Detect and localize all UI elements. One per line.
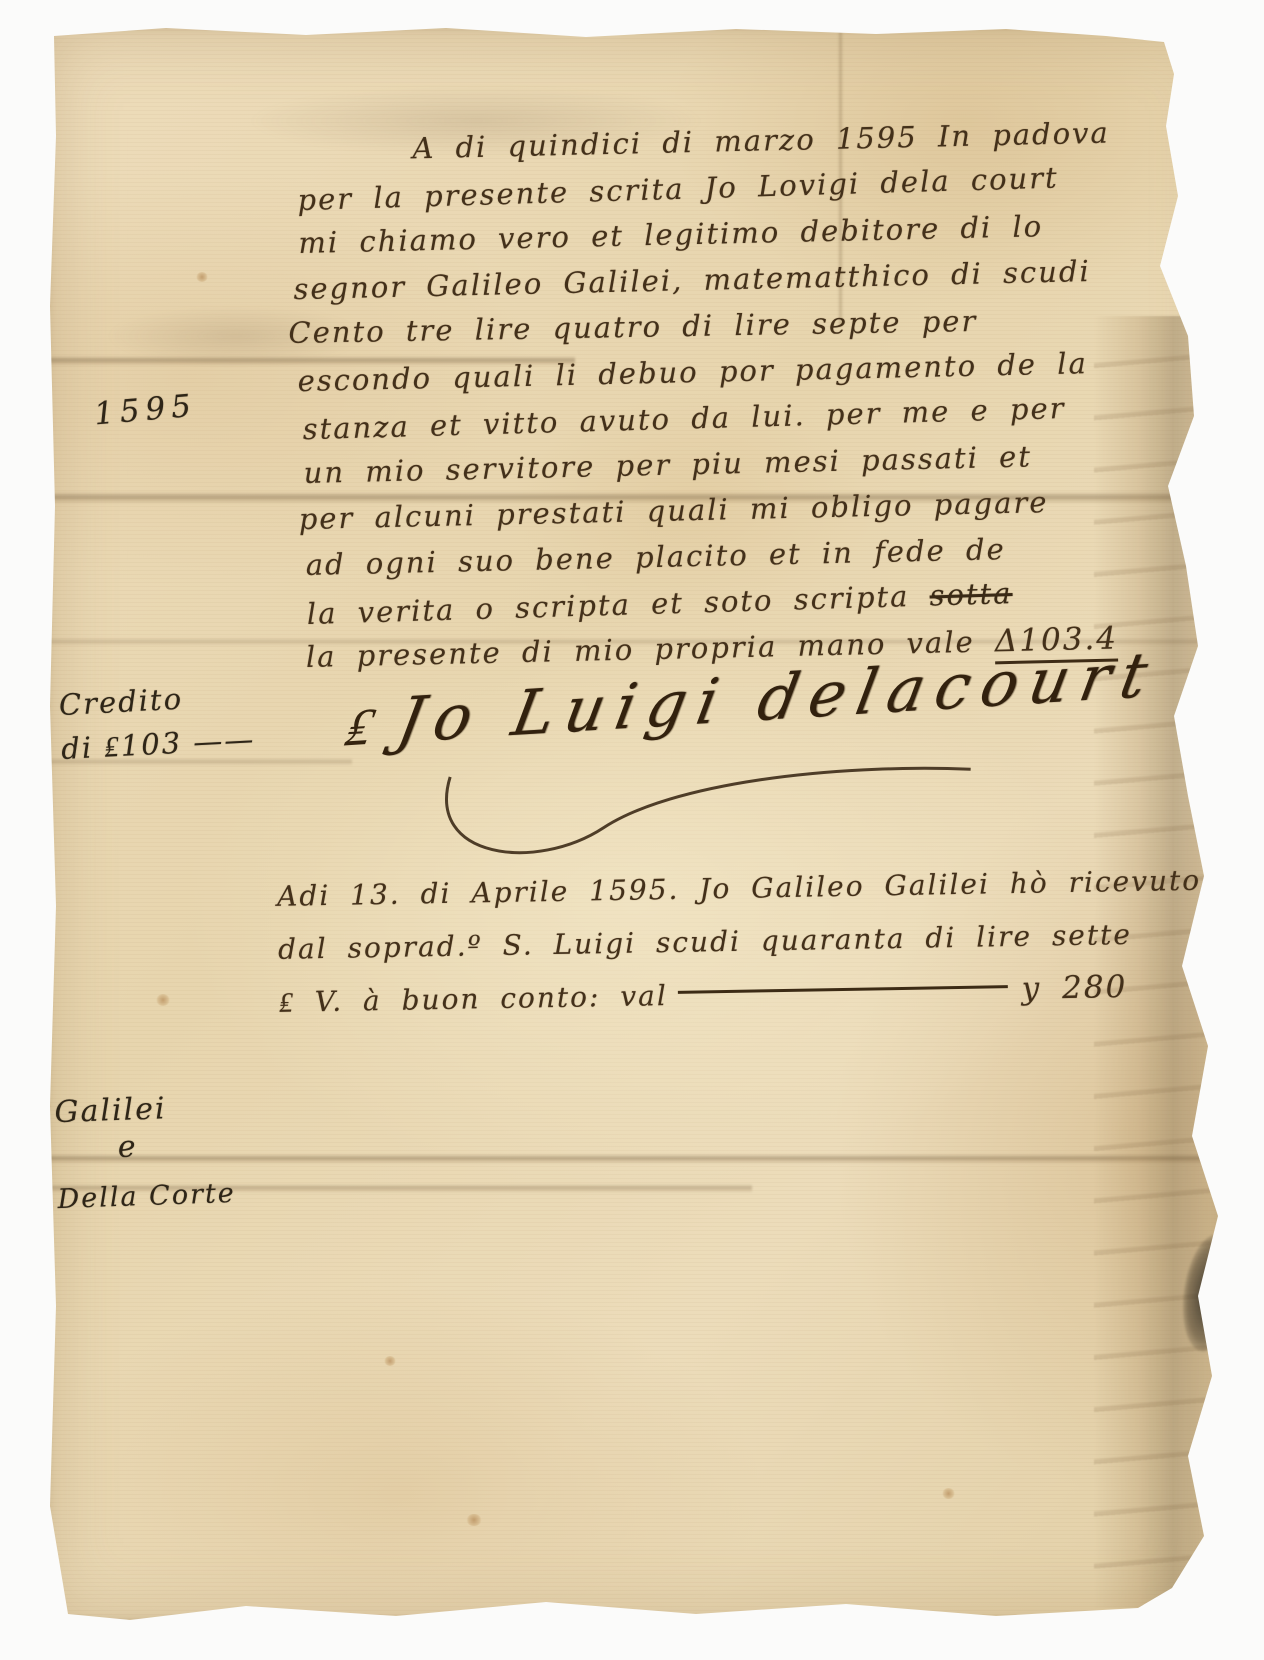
foxing-spot	[942, 1488, 955, 1499]
foxing-spot	[156, 994, 170, 1006]
manuscript-paper: A di quindici di marzo 1595 In padova pe…	[46, 26, 1222, 1622]
party-conjunction: e	[117, 1124, 235, 1168]
tally-rule	[678, 985, 1008, 994]
foxing-spot	[466, 1514, 482, 1526]
struck-word: sotta	[929, 576, 1013, 612]
galileo-receipt: Adi 13. di Aprile 1595. Jo Galileo Galil…	[277, 854, 1180, 1029]
party-della-corte: Della Corte	[57, 1178, 236, 1215]
scan-background: A di quindici di marzo 1595 In padova pe…	[0, 0, 1264, 1660]
amount-received-280: y 280	[1021, 961, 1127, 1016]
foxing-spot	[384, 1356, 396, 1366]
main-declaration: A di quindici di marzo 1595 In padova pe…	[296, 108, 1188, 680]
signature-paraph: ₤	[340, 696, 379, 759]
line-text: ₤ V. à buon conto: val	[279, 969, 669, 1029]
credit-amount: di ₤103 ——	[60, 717, 256, 771]
ink-smudge	[1176, 1231, 1244, 1355]
margin-note-year: 1595	[93, 388, 199, 433]
foxing-spot	[196, 272, 208, 282]
margin-note-credit: Credito di ₤103 ——	[58, 673, 256, 771]
margin-note-parties: Galilei e Della Corte	[54, 1089, 236, 1215]
